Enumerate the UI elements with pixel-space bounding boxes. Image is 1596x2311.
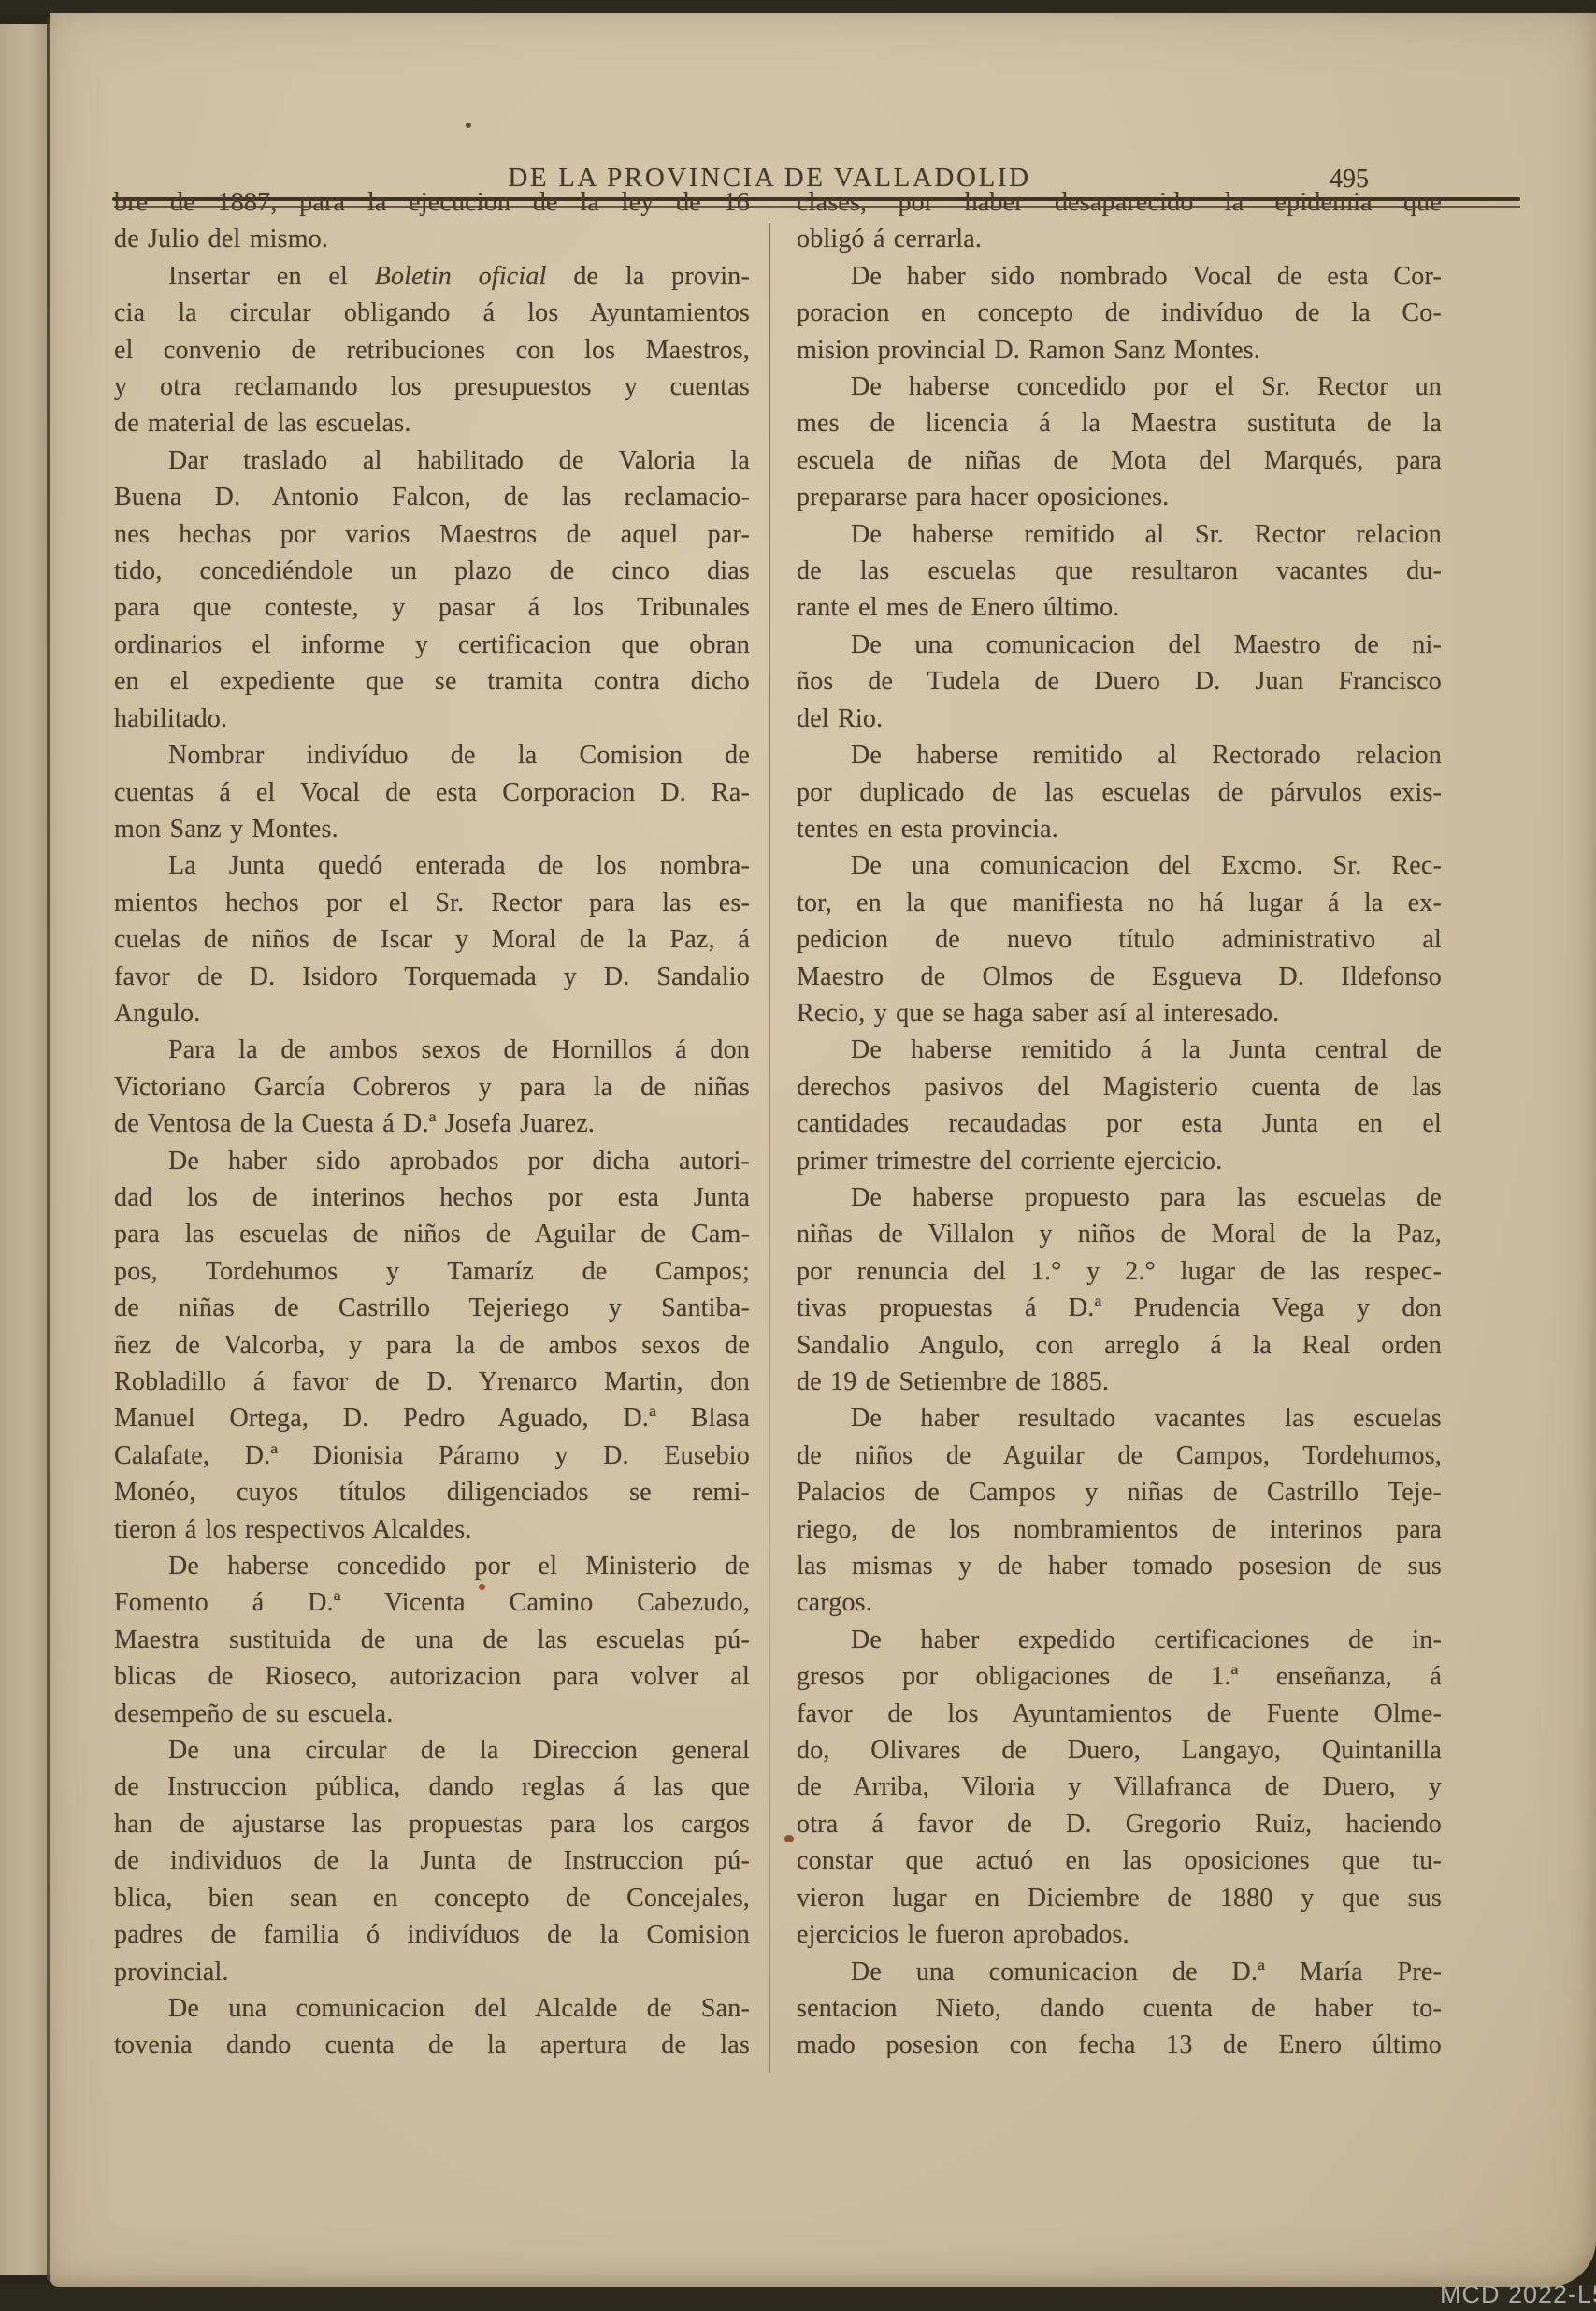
text-line: por renuncia del 1.° y 2.° lugar de las … [797, 1253, 1442, 1290]
text-line: Calafate, D.ª Dionisia Páramo y D. Euseb… [114, 1437, 750, 1474]
text-line: tentes en esta provincia. [797, 811, 1442, 847]
text-line: cantidades recaudadas por esta Junta en … [797, 1105, 1442, 1142]
text-line: De una comunicacion del Maestro de ni- [797, 627, 1442, 663]
text-line: de Instruccion pública, dando reglas á l… [114, 1769, 750, 1805]
text-line: cargos. [797, 1584, 1442, 1621]
text-line: Maestro de Olmos de Esgueva D. Ildefonso [797, 959, 1442, 995]
text-line: Palacios de Campos y niñas de Castrillo … [797, 1474, 1442, 1510]
text-line: niñas de Villalon y niños de Moral de la… [797, 1216, 1442, 1252]
text-line: de niños de Aguilar de Campos, Tordehumo… [797, 1437, 1442, 1474]
scanned-page: { "header": { "title": "DE LA PROVINCIA … [0, 0, 1596, 2311]
text-line: cuentas á el Vocal de esta Corporacion D… [114, 774, 750, 811]
text-line: De haberse remitido á la Junta central d… [797, 1032, 1442, 1068]
text-line: De una comunicacion del Alcalde de San- [114, 1990, 750, 2027]
text-line: el convenio de retribuciones con los Mae… [114, 332, 750, 368]
left-column-text: bre de 1887, para la ejecucion de la ley… [114, 184, 750, 2064]
text-line: pos, Tordehumos y Tamaríz de Campos; [114, 1253, 750, 1290]
column-divider-rule [769, 223, 770, 2073]
text-line: Victoriano García Cobreros y para la de … [114, 1069, 750, 1105]
text-line: De haberse concedido por el Sr. Rector u… [797, 368, 1442, 405]
text-line: Nombrar indivíduo de la Comision de [114, 737, 750, 773]
text-line: rante el mes de Enero último. [797, 589, 1442, 626]
text-line: en el expediente que se tramita contra d… [114, 663, 750, 700]
paper-stain [784, 1835, 794, 1842]
text-line: Maestra sustituida de una de las escuela… [114, 1622, 750, 1658]
text-line: de 19 de Setiembre de 1885. [797, 1364, 1442, 1400]
text-line: De haber expedido certificaciones de in- [797, 1622, 1442, 1658]
text-line: De una comunicacion de D.ª María Pre- [797, 1954, 1442, 1990]
scanner-band-bottom [0, 2285, 1596, 2311]
text-line: de Ventosa de la Cuesta á D.ª Josefa Jua… [114, 1105, 750, 1142]
text-line: pedicion de nuevo título administrativo … [797, 921, 1442, 958]
text-line: ordinarios el informe y certificacion qu… [114, 627, 750, 663]
text-line: desempeño de su escuela. [114, 1696, 750, 1732]
scanner-band-top [0, 0, 1596, 14]
text-line: tor, en la que manifiesta no há lugar á … [797, 885, 1442, 921]
text-line: del Rio. [797, 701, 1442, 737]
text-line: De haberse propuesto para las escuelas d… [797, 1179, 1442, 1216]
text-line: para las escuelas de niños de Aguilar de… [114, 1216, 750, 1252]
text-line: derechos pasivos del Magisterio cuenta d… [797, 1069, 1442, 1105]
text-line: Buena D. Antonio Falcon, de las reclamac… [114, 479, 750, 515]
text-line: mientos hechos por el Sr. Rector para la… [114, 885, 750, 921]
adjacent-page-edge [0, 24, 50, 2275]
text-line: De haberse remitido al Sr. Rector relaci… [797, 516, 1442, 553]
text-line: poracion en concepto de indivíduo de la … [797, 295, 1442, 331]
text-line: mon Sanz y Montes. [114, 811, 750, 847]
text-line: cia la circular obligando á los Ayuntami… [114, 295, 750, 331]
text-line: De una comunicacion del Excmo. Sr. Rec- [797, 847, 1442, 884]
text-line: blicas de Rioseco, autorizacion para vol… [114, 1658, 750, 1695]
text-line: De haberse remitido al Rectorado relacio… [797, 737, 1442, 773]
text-line: cuelas de niños de Iscar y Moral de la P… [114, 921, 750, 958]
text-line: escuela de niñas de Mota del Marqués, pa… [797, 442, 1442, 479]
text-line: por duplicado de las escuelas de párvulo… [797, 774, 1442, 811]
text-line: Robladillo á favor de D. Yrenarco Martin… [114, 1364, 750, 1400]
text-line: Monéo, cuyos títulos diligenciados se re… [114, 1474, 750, 1510]
text-line: y otra reclamando los presupuestos y cue… [114, 368, 750, 405]
text-line: Manuel Ortega, D. Pedro Aguado, D.ª Blas… [114, 1400, 750, 1437]
text-line: de Julio del mismo. [114, 221, 750, 257]
text-line: tovenia dando cuenta de la apertura de l… [114, 2027, 750, 2063]
text-line: tieron á los respectivos Alcaldes. [114, 1511, 750, 1548]
text-line: mes de licencia á la Maestra sustituta d… [797, 405, 1442, 441]
text-line: vieron lugar en Diciembre de 1880 y que … [797, 1880, 1442, 1916]
text-line: primer trimestre del corriente ejercicio… [797, 1143, 1442, 1179]
text-line: Insertar en el Boletin oficial de la pro… [114, 258, 750, 295]
text-line: mado posesion con fecha 13 de Enero últi… [797, 2027, 1442, 2063]
right-column-text: clases, por haber desaparecido la epidem… [797, 184, 1442, 2064]
text-line: para que conteste, y pasar á los Tribuna… [114, 589, 750, 626]
text-line: De una circular de la Direccion general [114, 1732, 750, 1769]
text-line: do, Olivares de Duero, Langayo, Quintani… [797, 1732, 1442, 1769]
text-line: favor de D. Isidoro Torquemada y D. Sand… [114, 959, 750, 995]
text-line: riego, de los nombramientos de interinos… [797, 1511, 1442, 1548]
text-line: Recio, y que se haga saber así al intere… [797, 995, 1442, 1032]
text-line: gresos por obligaciones de 1.ª enseñanza… [797, 1658, 1442, 1695]
text-line: de material de las escuelas. [114, 405, 750, 441]
text-line: otra á favor de D. Gregorio Ruiz, hacien… [797, 1806, 1442, 1842]
text-line: sentacion Nieto, dando cuenta de haber t… [797, 1990, 1442, 2027]
text-line: de niñas de Castrillo Tejeriego y Santib… [114, 1290, 750, 1326]
text-line: Dar traslado al habilitado de Valoria la [114, 442, 750, 479]
text-line: La Junta quedó enterada de los nombra- [114, 847, 750, 884]
text-line: obligó á cerrarla. [797, 221, 1442, 257]
text-line: ños de Tudela de Duero D. Juan Francisco [797, 663, 1442, 700]
scan-watermark: MCD 2022-L5 [1440, 2280, 1589, 2309]
text-line: de individuos de la Junta de Instruccion… [114, 1842, 750, 1879]
text-line: Angulo. [114, 995, 750, 1032]
text-line: Sandalio Angulo, con arreglo á la Real o… [797, 1327, 1442, 1364]
text-line: tido, concediéndole un plazo de cinco di… [114, 553, 750, 589]
text-line: provincial. [114, 1954, 750, 1990]
text-line: ñez de Valcorba, y para la de ambos sexo… [114, 1327, 750, 1364]
text-line: De haberse concedido por el Ministerio d… [114, 1548, 750, 1584]
text-line: constar que actuó en las oposiciones que… [797, 1842, 1442, 1879]
text-line: favor de los Ayuntamientos de Fuente Olm… [797, 1696, 1442, 1732]
gutter-crease-line [47, 17, 50, 2280]
text-line: las mismas y de haber tomado posesion de… [797, 1548, 1442, 1584]
text-line: Para la de ambos sexos de Hornillos á do… [114, 1032, 750, 1068]
text-line: dad los de interinos hechos por esta Jun… [114, 1179, 750, 1216]
text-line: han de ajustarse las propuestas para los… [114, 1806, 750, 1842]
text-line: tivas propuestas á D.ª Prudencia Vega y … [797, 1290, 1442, 1326]
text-line: padres de familia ó indivíduos de la Com… [114, 1916, 750, 1953]
text-line: prepararse para hacer oposiciones. [797, 479, 1442, 515]
text-line: Fomento á D.ª Vicenta Camino Cabezudo, [114, 1584, 750, 1621]
text-line: De haber sido nombrado Vocal de esta Cor… [797, 258, 1442, 295]
text-line: nes hechas por varios Maestros de aquel … [114, 516, 750, 553]
text-line: de las escuelas que resultaron vacantes … [797, 553, 1442, 589]
text-line: mision provincial D. Ramon Sanz Montes. [797, 332, 1442, 368]
text-line: clases, por haber desaparecido la epidem… [797, 184, 1442, 221]
text-line: De haber resultado vacantes las escuelas [797, 1400, 1442, 1437]
text-line: ejercicios le fueron aprobados. [797, 1916, 1442, 1953]
text-line: habilitado. [114, 701, 750, 737]
text-line: De haber sido aprobados por dicha autori… [114, 1143, 750, 1179]
text-line: blica, bien sean en concepto de Concejal… [114, 1880, 750, 1916]
text-line: bre de 1887, para la ejecucion de la ley… [114, 184, 750, 221]
text-line: de Arriba, Viloria y Villafranca de Duer… [797, 1769, 1442, 1805]
paper-stain [466, 123, 471, 128]
